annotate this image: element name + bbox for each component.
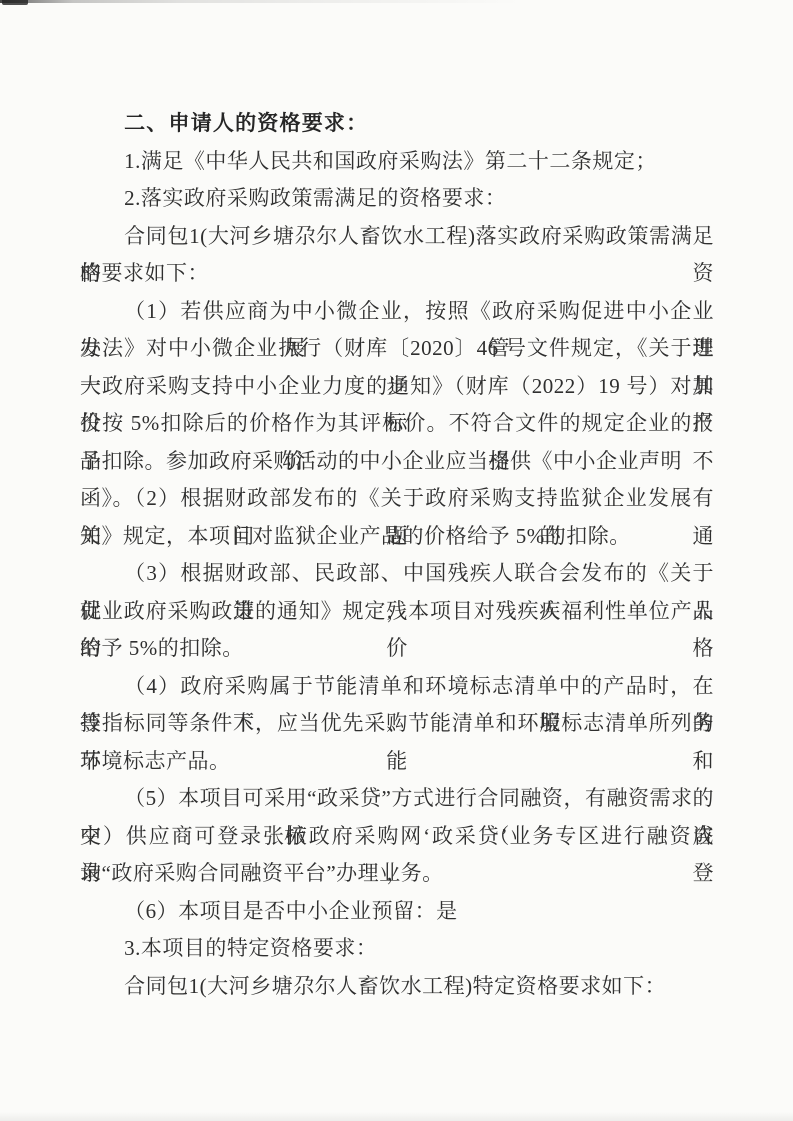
text-line: 1.满足《中华人民共和国政府采购法》第二十二条规定； xyxy=(80,143,714,181)
text-line: 合同包1(大河乡塘尕尔人畜饮水工程)特定资格要求如下： xyxy=(80,968,714,1006)
text-line: （3）根据财政部、民政部、中国残疾人联合会发布的《关于促进残疾人 xyxy=(80,555,714,593)
text-line: 2.落实政府采购政策需满足的资格要求： xyxy=(80,180,714,218)
text-line: 大政府采购支持中小企业力度的通知》（财库（2022）19 号）对其投标报 xyxy=(80,368,714,406)
scan-artifact-bottom-shade xyxy=(0,1112,793,1121)
text-line: 知》规定，本项目对监狱企业产品的价格给予 5%的扣除。 xyxy=(80,518,714,556)
text-line: 予扣除。参加政府采购活动的中小企业应当提供《中小企业声明函》。 xyxy=(80,443,714,481)
text-line: （1）若供应商为中小微企业，按照《政府采购促进中小企业发展管理 xyxy=(80,293,714,331)
document-page: 二、申请人的资格要求：1.满足《中华人民共和国政府采购法》第二十二条规定；2.落… xyxy=(0,0,793,1121)
text-line: 合同包1(大河乡塘尕尔人畜饮水工程)落实政府采购政策需满足的资 xyxy=(80,218,714,256)
text-line: （5）本项目可采用“政采贷”方式进行合同融资，有融资需求的中标（成 xyxy=(80,780,714,818)
section-heading: 二、申请人的资格要求： xyxy=(80,105,714,143)
text-line: 交）供应商可登录张掖政府采购网‘政采贷’业务专区进行融资咨询，登 xyxy=(80,818,714,856)
text-line: 办法》对中小微企业执行（财库〔2020〕46 号文件规定，《关于进一步加 xyxy=(80,330,714,368)
text-line: 3.本项目的特定资格要求： xyxy=(80,930,714,968)
scan-artifact-corner-blot xyxy=(2,0,28,5)
text-line: （2）根据财政部发布的《关于政府采购支持监狱企业发展有关问题的通 xyxy=(80,480,714,518)
text-block: 二、申请人的资格要求：1.满足《中华人民共和国政府采购法》第二十二条规定；2.落… xyxy=(80,105,714,1005)
scan-artifact-top-edge xyxy=(0,0,520,3)
text-line: （6）本项目是否中小企业预留：是 xyxy=(80,893,714,931)
text-line: 就业政府采购政策的通知》规定，本项目对残疾人福利性单位产品的价格 xyxy=(80,593,714,631)
text-line: （4）政府采购属于节能清单和环境标志清单中的产品时，在技术、服务 xyxy=(80,668,714,706)
text-line: 价按 5%扣除后的价格作为其评标价。不符合文件的规定企业的产品价格不 xyxy=(80,405,714,443)
text-line: 等指标同等条件下，应当优先采购节能清单和环境标志清单所列的节能和 xyxy=(80,705,714,743)
